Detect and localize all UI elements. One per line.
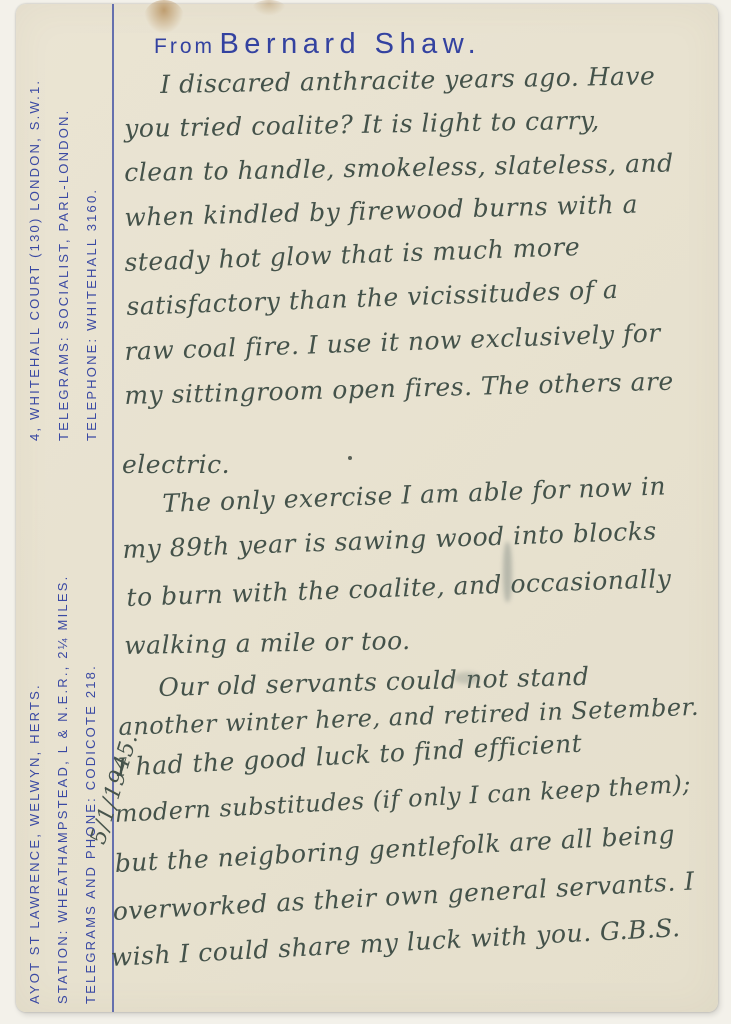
letter-line: satisfactory than the vicissitudes of a [126, 275, 619, 321]
letter-line: you tried coalite? It is light to carry, [124, 106, 600, 143]
scan-background: { "colors": { "paper": "#e8e2d0", "print… [0, 0, 731, 1024]
letterhead-address-ayot: AYOT ST LAWRENCE, WELWYN, HERTS. [28, 683, 41, 1004]
ink-smudge [503, 542, 512, 602]
letter-line: clean to handle, smokeless, slateless, a… [124, 148, 674, 187]
letterhead-telegrams-london: TELEGRAMS: SOCIALIST, PARL-LONDON. [57, 109, 70, 441]
ink-speck [348, 456, 352, 460]
letter-line: modern substitudes (if only I can keep t… [114, 770, 692, 828]
letter-header: From Bernard Shaw. [154, 28, 481, 61]
letter-line: but the neigboring gentlefolk are all be… [114, 820, 676, 878]
letterhead-telephone: TELEPHONE: WHITEHALL 3160. [85, 188, 98, 441]
letterhead-address-london: 4, WHITEHALL COURT (130) LONDON, S.W.1. [28, 79, 41, 441]
paper-stain [252, 0, 286, 16]
letter-line: electric. [122, 450, 230, 479]
letter-line: to burn with the coalite, and occasional… [126, 564, 672, 612]
letter-line: my sittingroom open fires. The others ar… [124, 367, 674, 410]
paper-stain [144, 0, 184, 34]
from-label: From [154, 35, 215, 58]
letter-line: I discared anthracite years ago. Have [160, 61, 656, 99]
letter-line: The only exercise I am able for now in [162, 471, 666, 518]
letter-line: steady hot glow that is much more [124, 232, 581, 277]
letterhead-station: STATION: WHEATHAMPSTEAD, L & N.E.R., 2¼ … [56, 575, 69, 1004]
letter-line: raw coal fire. I use it now exclusively … [124, 318, 661, 366]
author-name: Bernard Shaw. [219, 28, 481, 60]
letter-line: walking a mile or too. [124, 626, 411, 660]
ink-smudge [454, 672, 480, 684]
letter-line: Our old servants could not stand [158, 662, 590, 702]
letter-line: wish I could share my luck with you. G.B… [110, 913, 681, 972]
postcard: 4, WHITEHALL COURT (130) LONDON, S.W.1. … [16, 4, 718, 1012]
letter-line: my 89th year is sawing wood into blocks [122, 516, 657, 564]
letter-line: when kindled by firewood burns with a [124, 190, 638, 232]
